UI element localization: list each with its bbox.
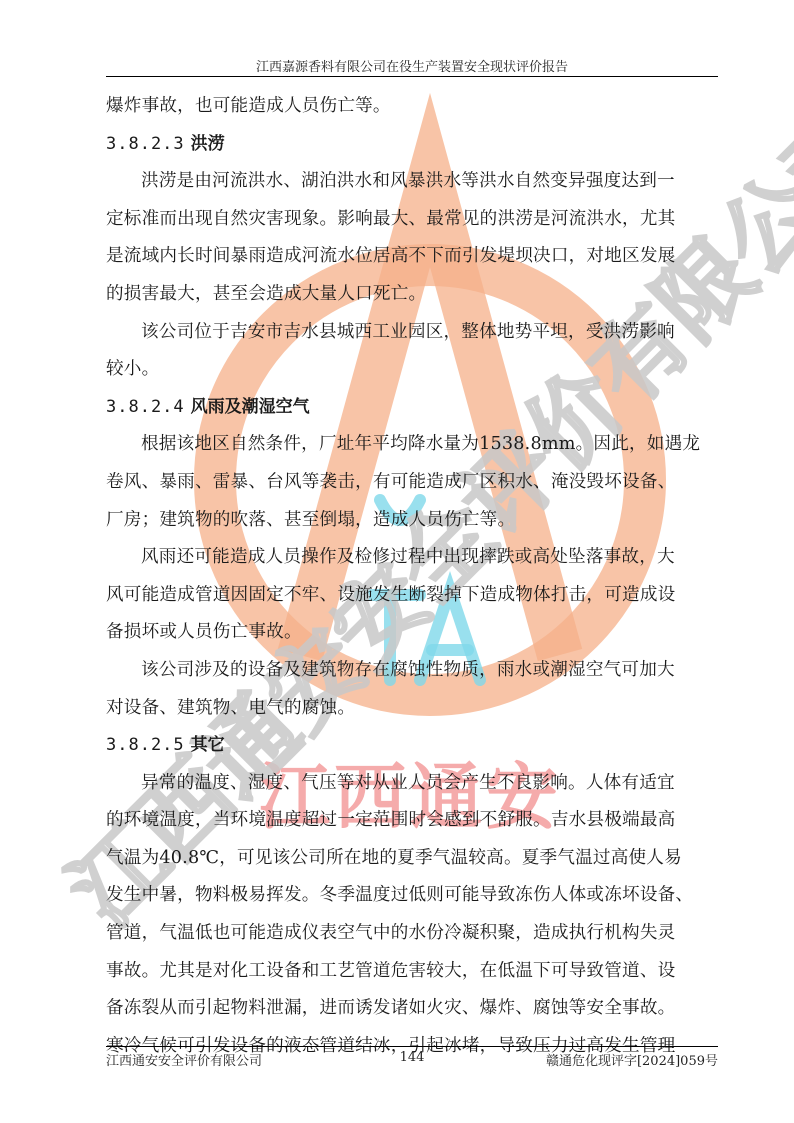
- body-text-line: 卷风、暴雨、雷暴、台风等袭击，有可能造成厂区积水、淹没毁坏设备、: [106, 464, 720, 502]
- header-divider: [106, 76, 718, 77]
- body-text-line: 对设备、建筑物、电气的腐蚀。: [106, 690, 720, 728]
- section-heading: 3.8.2.5 其它: [106, 727, 720, 765]
- footer-doc-number: 赣通危化现评字[2024]059号: [546, 1050, 718, 1069]
- document-page: 江西通安 江西通安安全评价有限公司 江西嘉源香料有限公司在役生产装置安全现状评价…: [0, 0, 794, 1123]
- document-body: 爆炸事故，也可能造成人员伤亡等。3.8.2.3 洪涝洪涝是由河流洪水、湖泊洪水和…: [106, 88, 720, 1065]
- section-title: 洪涝: [191, 134, 225, 154]
- section-heading: 3.8.2.4 风雨及潮湿空气: [106, 389, 720, 427]
- body-text-line: 是流域内长时间暴雨造成河流水位居高不下而引发堤坝决口，对地区发展: [106, 238, 720, 276]
- body-text-line: 风可能造成管道因固定不牢、设施发生断裂掉下造成物体打击，可造成设: [106, 577, 720, 615]
- body-text-line: 风雨还可能造成人员操作及检修过程中出现摔跌或高处坠落事故，大: [106, 539, 720, 577]
- body-text-line: 异常的温度、湿度、气压等对从业人员会产生不良影响。人体有适宜: [106, 765, 720, 803]
- section-heading: 3.8.2.3 洪涝: [106, 126, 720, 164]
- page-header-title: 江西嘉源香料有限公司在役生产装置安全现状评价报告: [106, 56, 718, 75]
- section-title: 风雨及潮湿空气: [191, 397, 310, 417]
- body-text-line: 该公司位于吉安市吉水县城西工业园区，整体地势平坦，受洪涝影响: [106, 314, 720, 352]
- body-text-line: 的环境温度，当环境温度超过一定范围时会感到不舒服。吉水县极端最高: [106, 802, 720, 840]
- body-text-line: 根据该地区自然条件，厂址年平均降水量为1538.8mm。因此，如遇龙: [106, 426, 720, 464]
- body-text-line: 较小。: [106, 351, 720, 389]
- body-text-line: 备冻裂从而引起物料泄漏，进而诱发诸如火灾、爆炸、腐蚀等安全事故。: [106, 990, 720, 1028]
- footer-divider: [106, 1046, 718, 1047]
- body-text-line: 管道，气温低也可能造成仪表空气中的水份冷凝积聚，造成执行机构失灵: [106, 915, 720, 953]
- body-text-line: 该公司涉及的设备及建筑物存在腐蚀性物质，雨水或潮湿空气可加大: [106, 652, 720, 690]
- section-title: 其它: [191, 735, 225, 755]
- body-text-line: 洪涝是由河流洪水、湖泊洪水和风暴洪水等洪水自然变异强度达到一: [106, 163, 720, 201]
- body-text-line: 的损害最大，甚至会造成大量人口死亡。: [106, 276, 720, 314]
- body-text-line: 备损坏或人员伤亡事故。: [106, 614, 720, 652]
- body-text-line: 爆炸事故，也可能造成人员伤亡等。: [106, 88, 720, 126]
- body-text-line: 厂房；建筑物的吹落、甚至倒塌，造成人员伤亡等。: [106, 502, 720, 540]
- body-text-line: 定标准而出现自然灾害现象。影响最大、最常见的洪涝是河流洪水，尤其: [106, 201, 720, 239]
- body-text-line: 发生中暑，物料极易挥发。冬季温度过低则可能导致冻伤人体或冻坏设备、: [106, 877, 720, 915]
- body-text-line: 事故。尤其是对化工设备和工艺管道危害较大，在低温下可导致管道、设: [106, 953, 720, 991]
- section-number: 3.8.2.5: [106, 735, 185, 755]
- section-number: 3.8.2.3: [106, 134, 185, 154]
- body-text-line: 气温为40.8℃，可见该公司所在地的夏季气温较高。夏季气温过高使人易: [106, 840, 720, 878]
- section-number: 3.8.2.4: [106, 397, 185, 417]
